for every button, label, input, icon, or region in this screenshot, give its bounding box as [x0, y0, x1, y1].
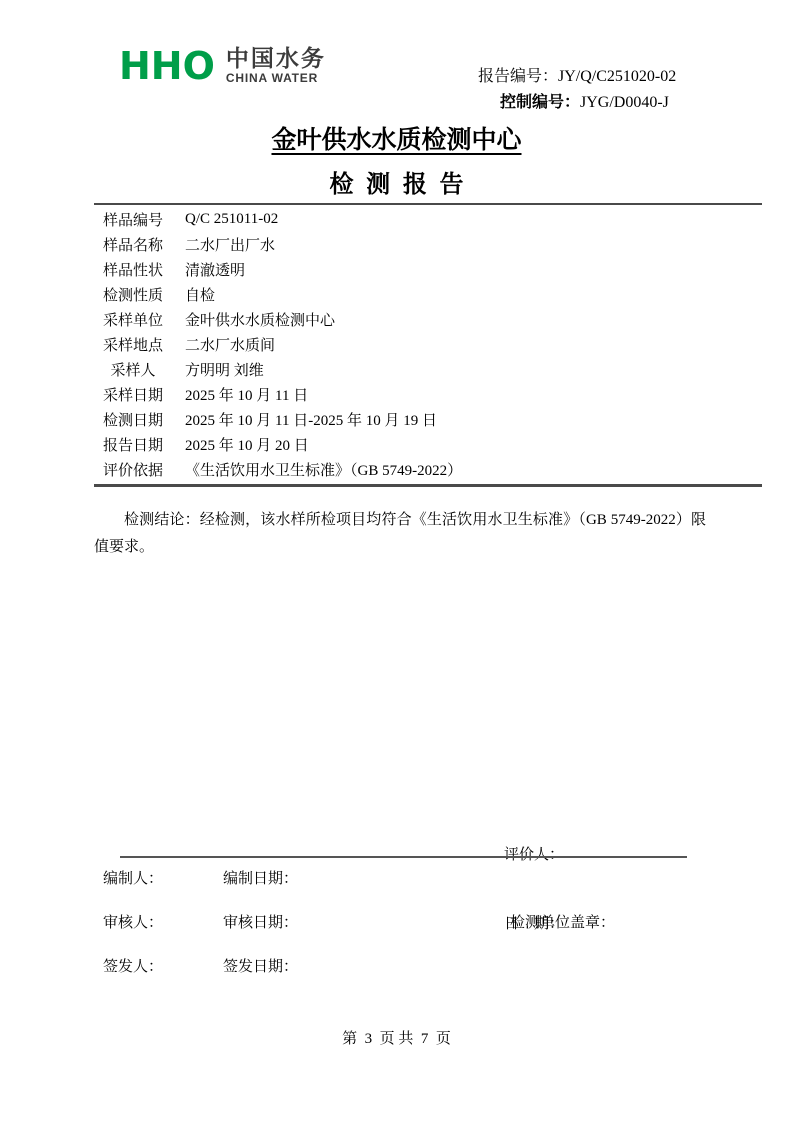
table-row: 样品性状 清澈透明: [94, 259, 762, 280]
logo-en-name: CHINA WATER: [226, 71, 326, 85]
report-page: HHO 中国水务 CHINA WATER 报告编号：JY/Q/C251020-0…: [0, 0, 793, 1122]
row-value: 方明明 刘维: [185, 359, 264, 380]
table-row: 检测日期 2025 年 10 月 11 日-2025 年 10 月 19 日: [94, 409, 762, 430]
row-value: 金叶供水水质检测中心: [185, 309, 335, 330]
preparer-label: 编制人：: [103, 867, 163, 888]
table-row: 样品编号 Q/C 251011-02: [94, 209, 762, 230]
issuer-label: 签发人：: [103, 955, 163, 976]
table-row: 评价依据 《生活饮用水卫生标准》（GB 5749-2022）: [94, 459, 762, 480]
row-label: 检测日期: [103, 409, 163, 430]
logo-cn-name: 中国水务: [226, 46, 326, 70]
logo-hho-monogram: HHO: [119, 47, 215, 85]
signature-row: 编制人： 编制日期：: [0, 867, 793, 911]
row-value: 自检: [185, 284, 215, 305]
signature-divider-line: [120, 856, 687, 858]
row-value: 《生活饮用水卫生标准》（GB 5749-2022）: [185, 459, 462, 480]
review-date-label: 审核日期：: [223, 911, 298, 932]
row-label: 检测性质: [103, 284, 163, 305]
control-no-line: 控制编号：JYG/D0040-J: [478, 90, 676, 116]
control-no-value: JYG/D0040-J: [580, 94, 669, 111]
issue-date-label: 签发日期：: [223, 955, 298, 976]
report-no-label: 报告编号：: [478, 68, 558, 85]
signature-row: 签发人： 签发日期：: [0, 955, 793, 999]
row-value: 2025 年 10 月 11 日-2025 年 10 月 19 日: [185, 409, 437, 430]
signature-row: 审核人： 审核日期： 检测单位盖章：: [0, 911, 793, 955]
center-title: 金叶供水水质检测中心: [0, 120, 793, 156]
row-label: 样品性状: [103, 259, 163, 280]
row-value: 清澈透明: [185, 259, 245, 280]
row-label: 评价依据: [103, 459, 163, 480]
row-value: Q/C 251011-02: [185, 211, 278, 228]
row-label: 采样单位: [103, 309, 163, 330]
logo-wordmark: 中国水务 CHINA WATER: [226, 46, 326, 85]
page-number: 第 3 页 共 7 页: [0, 1027, 793, 1048]
report-numbers: 报告编号：JY/Q/C251020-02 控制编号：JYG/D0040-J: [478, 64, 676, 116]
china-water-logo: HHO 中国水务 CHINA WATER: [119, 46, 326, 85]
table-row: 采样单位 金叶供水水质检测中心: [94, 309, 762, 330]
row-label: 样品名称: [103, 234, 163, 255]
table-row: 样品名称 二水厂出厂水: [94, 234, 762, 255]
report-no-value: JY/Q/C251020-02: [558, 68, 676, 85]
row-value: 2025 年 10 月 20 日: [185, 434, 309, 455]
preparation-date-label: 编制日期：: [223, 867, 298, 888]
row-value: 二水厂出厂水: [185, 234, 275, 255]
control-no-label: 控制编号：: [500, 94, 580, 111]
row-label: 采样人: [103, 359, 163, 380]
table-row: 采样日期 2025 年 10 月 11 日: [94, 384, 762, 405]
table-row: 检测性质 自检: [94, 284, 762, 305]
table-row: 报告日期 2025 年 10 月 20 日: [94, 434, 762, 455]
report-no-line: 报告编号：JY/Q/C251020-02: [478, 64, 676, 90]
report-subtitle: 检 测 报 告: [0, 164, 793, 199]
table-row: 采样人 方明明 刘维: [94, 359, 762, 380]
row-value: 2025 年 10 月 11 日: [185, 384, 308, 405]
signature-section: 编制人： 编制日期： 审核人： 审核日期： 检测单位盖章： 签发人： 签发日期：: [0, 867, 793, 999]
unit-seal-label: 检测单位盖章：: [510, 911, 615, 932]
conclusion-paragraph: 检测结论：经检测，该水样所检项目均符合《生活饮用水卫生标准》（GB 5749-2…: [94, 507, 706, 561]
row-value: 二水厂水质间: [185, 334, 275, 355]
center-title-text: 金叶供水水质检测中心: [271, 126, 521, 154]
table-row: 采样地点 二水厂水质间: [94, 334, 762, 355]
row-label: 采样日期: [103, 384, 163, 405]
row-label: 报告日期: [103, 434, 163, 455]
sample-info-table: 样品编号 Q/C 251011-02 样品名称 二水厂出厂水 样品性状 清澈透明…: [94, 203, 762, 487]
row-label: 采样地点: [103, 334, 163, 355]
reviewer-label: 审核人：: [103, 911, 163, 932]
row-label: 样品编号: [103, 209, 163, 230]
